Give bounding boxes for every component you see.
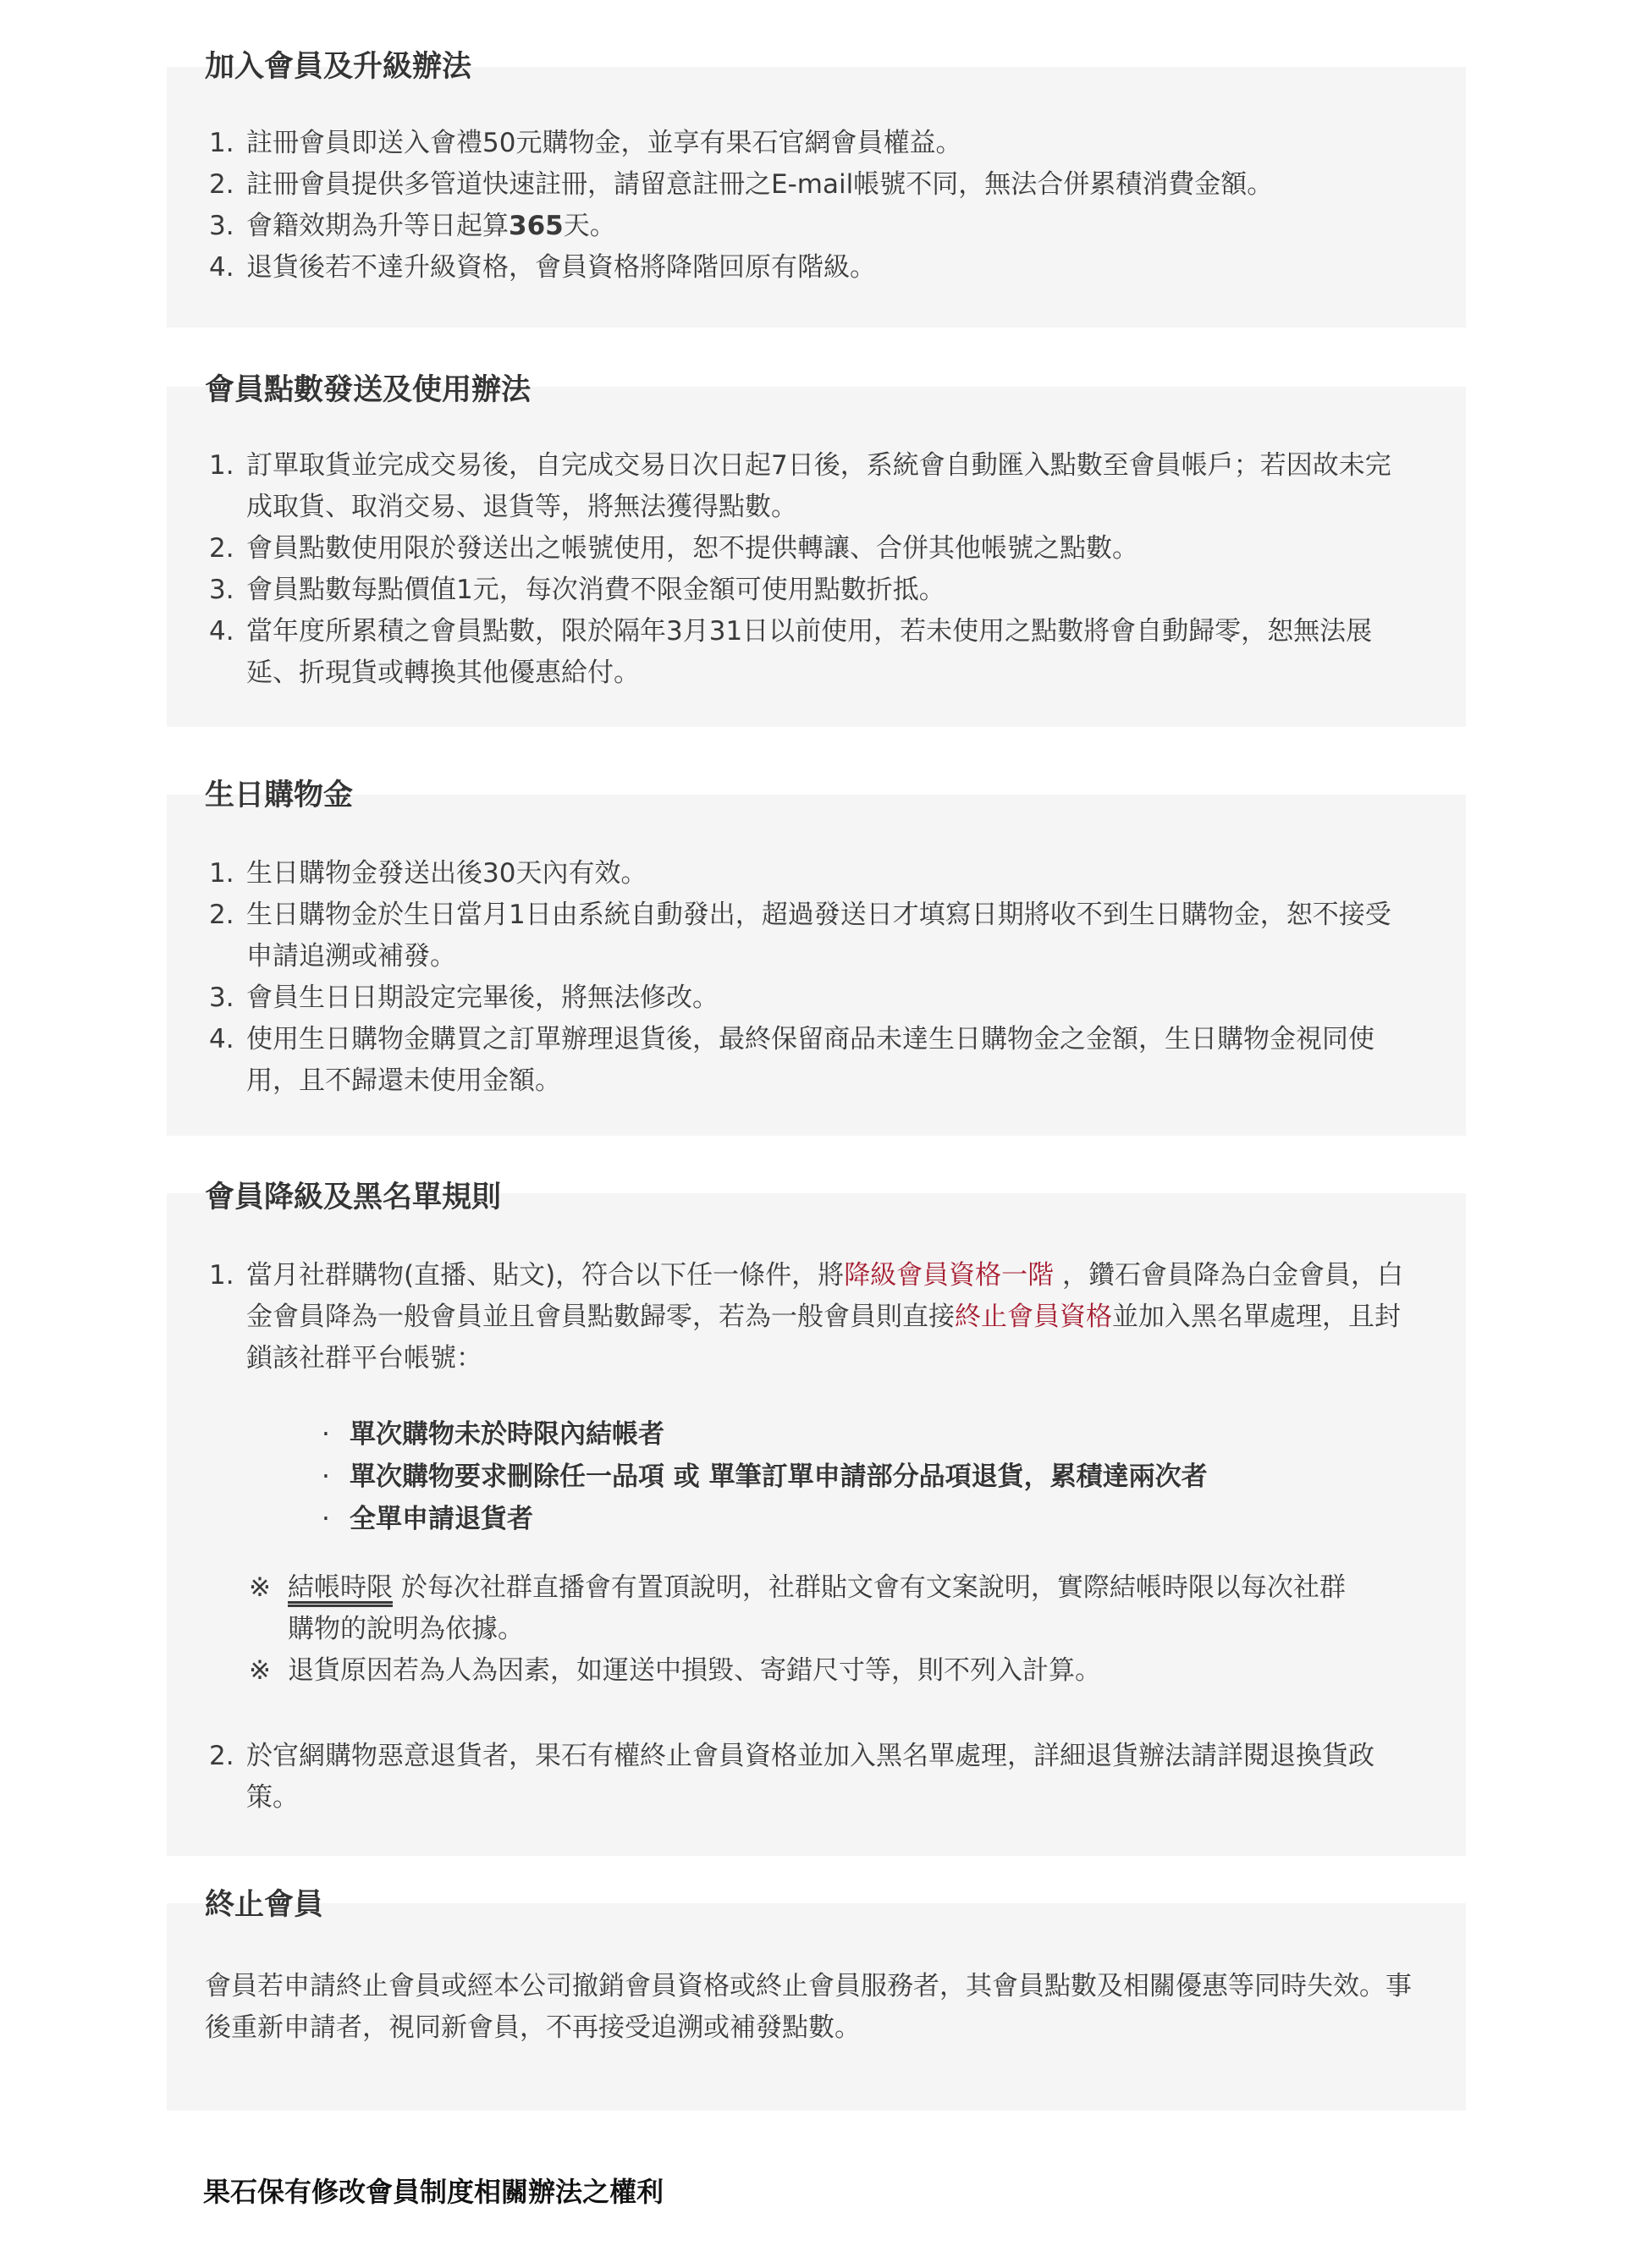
condition-item: ·全單申請退貨者: [167, 1498, 1466, 1540]
note-item: ※結帳時限 於每次社群直播會有置頂說明，社群貼文會有文案說明，實際結帳時限以每次…: [167, 1567, 1466, 1650]
highlight-terminate: 終止會員資格: [955, 1302, 1112, 1332]
section-birthday: 1.生日購物金發送出後30天內有效。 2.生日購物金於生日當月1日由系統自動發出…: [167, 795, 1466, 1136]
section-points: 1.訂單取貨並完成交易後，自完成交易日次日起7日後，系統會自動匯入點數至會員帳戶…: [167, 387, 1466, 727]
termination-paragraph: 會員若申請終止會員或經本公司撤銷會員資格或終止會員服務者，其會員點數及相關優惠等…: [167, 1966, 1466, 2049]
reference-mark-icon: ※: [249, 1567, 271, 1609]
rights-reserved-note: 果石保有修改會員制度相關辦法之權利: [203, 2172, 664, 2212]
list-item: 2.註冊會員提供多管道快速註冊，請留意註冊之E-mail帳號不同，無法合併累積消…: [167, 164, 1466, 206]
birthday-list: 1.生日購物金發送出後30天內有效。 2.生日購物金於生日當月1日由系統自動發出…: [167, 853, 1466, 1102]
section-join-upgrade: 1.註冊會員即送入會禮50元購物金，並享有果石官網會員權益。 2.註冊會員提供多…: [167, 67, 1466, 328]
section-title-join-upgrade: 加入會員及升級辦法: [205, 50, 471, 84]
reference-mark-icon: ※: [249, 1650, 271, 1692]
points-list: 1.訂單取貨並完成交易後，自完成交易日次日起7日後，系統會自動匯入點數至會員帳戶…: [167, 445, 1466, 694]
list-item: 3.會員點數每點價值1元，每次消費不限金額可使用點數折抵。: [167, 570, 1466, 611]
list-item: 2.生日購物金於生日當月1日由系統自動發出，超過發送日才填寫日期將收不到生日購物…: [167, 895, 1466, 977]
bullet-icon: ·: [322, 1456, 330, 1498]
section-demotion-blacklist: 1. 當月社群購物(直播、貼文)，符合以下任一條件，將降級會員資格一階 ，鑽石會…: [167, 1193, 1466, 1856]
conditions-list: ·單次購物未於時限內結帳者 ·單次購物要求刪除任一品項 或 單筆訂單申請部分品項…: [167, 1413, 1466, 1540]
list-item: 2. 於官網購物惡意退貨者，果石有權終止會員資格並加入黑名單處理，詳細退貨辦法請…: [167, 1736, 1466, 1819]
bullet-icon: ·: [322, 1413, 330, 1456]
bullet-icon: ·: [322, 1498, 330, 1540]
highlight-demote: 降級會員資格一階: [844, 1260, 1054, 1291]
join-upgrade-list: 1.註冊會員即送入會禮50元購物金，並享有果石官網會員權益。 2.註冊會員提供多…: [167, 123, 1466, 289]
section-termination: 會員若申請終止會員或經本公司撤銷會員資格或終止會員服務者，其會員點數及相關優惠等…: [167, 1903, 1466, 2111]
days-value: 365: [509, 211, 564, 241]
list-item: 4.退貨後若不達升級資格，會員資格將降階回原有階級。: [167, 247, 1466, 289]
list-item: 1. 當月社群購物(直播、貼文)，符合以下任一條件，將降級會員資格一階 ，鑽石會…: [167, 1255, 1466, 1379]
list-item: 4.當年度所累積之會員點數，限於隔年3月31日以前使用，若未使用之點數將會自動歸…: [167, 611, 1466, 694]
list-item: 1.註冊會員即送入會禮50元購物金，並享有果石官網會員權益。: [167, 123, 1466, 164]
list-item: 1.訂單取貨並完成交易後，自完成交易日次日起7日後，系統會自動匯入點數至會員帳戶…: [167, 445, 1466, 528]
checkout-time-limit-term: 結帳時限: [288, 1572, 393, 1603]
section-title-demotion-blacklist: 會員降級及黑名單規則: [205, 1181, 501, 1214]
condition-item: ·單次購物未於時限內結帳者: [167, 1413, 1466, 1456]
list-item: 3.會籍效期為升等日起算365天。: [167, 206, 1466, 247]
list-item: 1.生日購物金發送出後30天內有效。: [167, 853, 1466, 895]
list-item: 4.使用生日購物金購買之訂單辦理退貨後，最終保留商品未達生日購物金之金額，生日購…: [167, 1019, 1466, 1102]
section-title-birthday: 生日購物金: [205, 779, 353, 812]
section-title-termination: 終止會員: [205, 1888, 323, 1922]
notes: ※結帳時限 於每次社群直播會有置頂說明，社群貼文會有文案說明，實際結帳時限以每次…: [167, 1567, 1466, 1692]
section-title-points: 會員點數發送及使用辦法: [205, 373, 531, 407]
list-item: 2.會員點數使用限於發送出之帳號使用，恕不提供轉讓、合併其他帳號之點數。: [167, 528, 1466, 570]
note-item: ※退貨原因若為人為因素，如運送中損毀、寄錯尺寸等，則不列入計算。: [167, 1650, 1466, 1692]
list-item: 3.會員生日日期設定完畢後，將無法修改。: [167, 977, 1466, 1019]
condition-item: ·單次購物要求刪除任一品項 或 單筆訂單申請部分品項退貨，累積達兩次者: [167, 1456, 1466, 1498]
